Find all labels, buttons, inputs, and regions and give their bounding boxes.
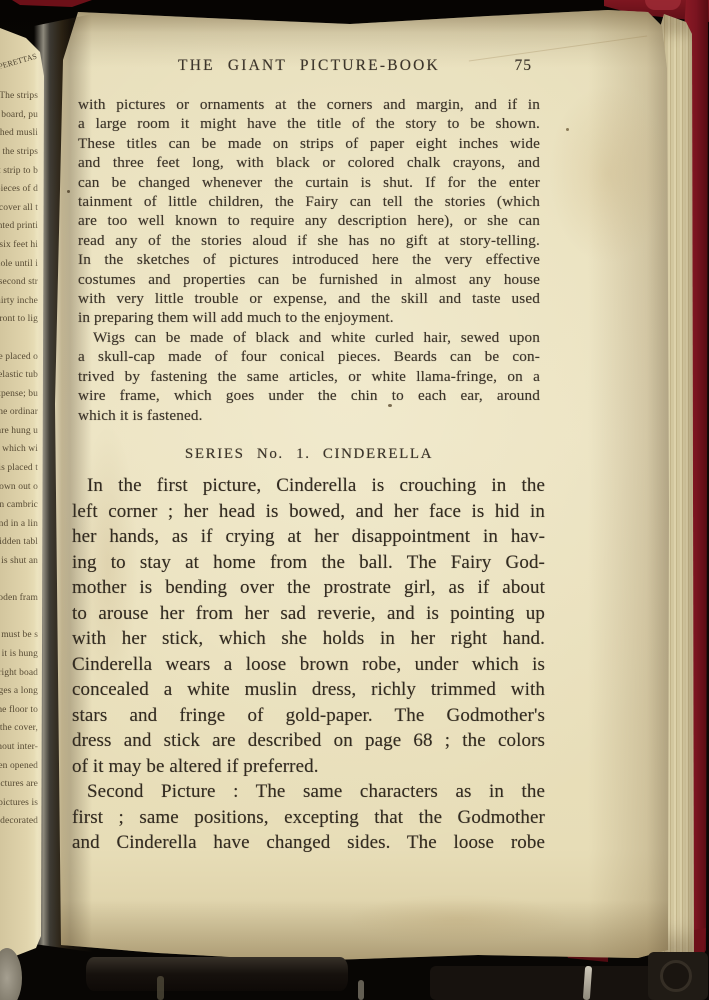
facing-page-edge: OPERETTAS ed. The stripsto each board, p… bbox=[0, 16, 48, 966]
background-fleck bbox=[358, 980, 364, 1000]
paper-stain bbox=[348, 894, 568, 944]
scanner-cradle-bar bbox=[86, 957, 348, 991]
series-paragraph-2: Second Picture : The same characters as … bbox=[72, 779, 545, 856]
paper-speck bbox=[566, 128, 569, 131]
background-fleck bbox=[157, 976, 164, 1000]
scanner-cradle-bar bbox=[430, 966, 680, 1000]
paper-stain bbox=[548, 84, 668, 264]
page-number: 75 bbox=[515, 57, 533, 75]
intro-paragraph-2: Wigs can be made of black and white curl… bbox=[78, 328, 540, 425]
book-cover-corner-curl bbox=[645, 0, 681, 10]
scanner-hardware-knob bbox=[660, 960, 692, 992]
intro-paragraph-1: with pictures or ornaments at the corner… bbox=[78, 95, 540, 328]
section-heading: SERIES No. 1. CINDERELLA bbox=[78, 446, 540, 463]
paper-speck bbox=[67, 190, 70, 193]
page-header: THE GIANT PICTURE-BOOK 75 bbox=[78, 57, 540, 79]
series-paragraph-1: In the first picture, Cinderella is crou… bbox=[72, 473, 545, 779]
book-scan-photo: OPERETTAS ed. The stripsto each board, p… bbox=[0, 0, 709, 1000]
facing-page-text-fragments: OPERETTAS ed. The stripsto each board, p… bbox=[0, 50, 41, 831]
running-title: THE GIANT PICTURE-BOOK bbox=[178, 57, 440, 74]
